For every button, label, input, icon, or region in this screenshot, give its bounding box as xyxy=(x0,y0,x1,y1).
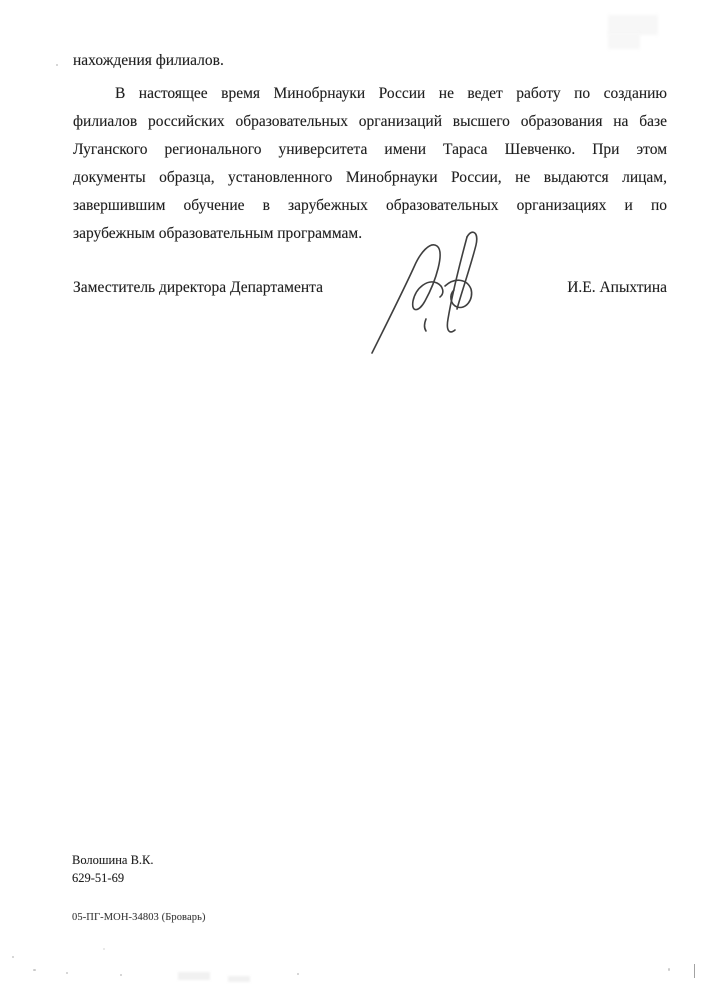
scan-speck xyxy=(297,973,299,975)
scan-artifact-patch xyxy=(608,15,658,35)
signer-position-title: Заместитель директора Департамента xyxy=(73,279,323,297)
signer-name: И.Е. Апыхтина xyxy=(567,279,667,297)
scan-speck xyxy=(66,972,68,974)
scanned-letter-page: нахождения филиалов. В настоящее время М… xyxy=(0,0,710,991)
scan-speck xyxy=(103,948,105,950)
paragraph-line: документы образца, установленного Минобр… xyxy=(73,164,667,192)
scan-edge-mark xyxy=(694,964,695,978)
reference-number: 05-ПГ-МОН-34803 (Броварь) xyxy=(72,912,206,923)
handwritten-signature-icon xyxy=(364,229,486,359)
paragraph-line: завершившим обучение в зарубежных образо… xyxy=(73,192,667,220)
scan-speck xyxy=(668,968,670,971)
paragraph-line: филиалов российских образовательных орга… xyxy=(73,108,667,136)
scan-artifact-patch xyxy=(608,33,640,49)
scan-speck xyxy=(33,969,36,971)
paragraph-tail-line: нахождения филиалов. xyxy=(73,50,667,72)
scan-speck xyxy=(12,956,14,958)
paragraph-line: Луганского регионального университета им… xyxy=(73,136,667,164)
scan-speck xyxy=(120,974,122,976)
scan-speck xyxy=(56,64,58,66)
body-paragraph: В настоящее время Минобрнауки России не … xyxy=(73,80,667,248)
scan-smudge xyxy=(228,976,250,982)
executor-contact-block: Волошина В.К. 629-51-69 xyxy=(72,852,154,887)
executor-phone: 629-51-69 xyxy=(72,870,154,888)
executor-name: Волошина В.К. xyxy=(72,852,154,870)
scan-smudge xyxy=(178,972,210,980)
paragraph-line: В настоящее время Минобрнауки России не … xyxy=(73,80,667,108)
